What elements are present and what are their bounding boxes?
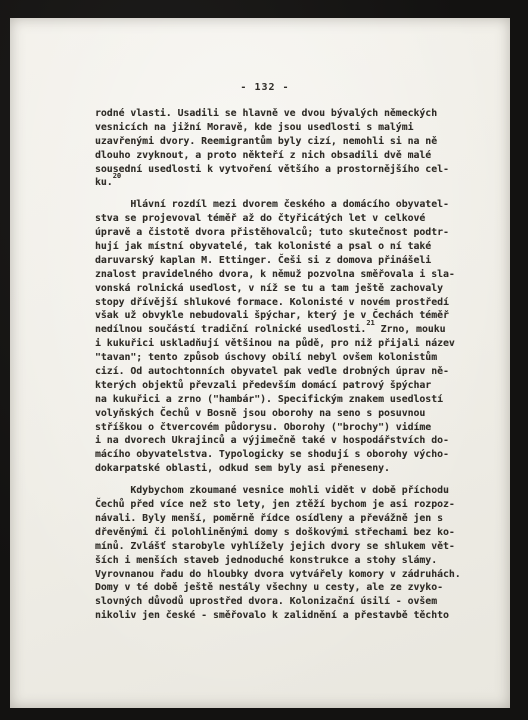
text-line: však už obvykle nebudovali špýchar, kter… xyxy=(95,309,475,323)
page-body-text: rodné vlasti. Usadili se hlavně ve dvou … xyxy=(95,107,475,623)
text-line: vonská rolnická usedlost, v níž se tu a … xyxy=(95,282,475,296)
text-line: znalost pravidelného dvora, k němuž pozv… xyxy=(95,268,475,282)
text-line: slovných důvodů uprostřed dvora. Koloniz… xyxy=(95,595,475,609)
text-line: Domy v té době ještě nestály všechny u c… xyxy=(95,581,475,595)
text-line: vesnicích na jižní Moravě, kde jsou used… xyxy=(95,121,475,135)
text-line: Čechů před více než sto lety, jen ztěží … xyxy=(95,498,475,512)
text-line: stva se projevoval téměř až do čtyřicátý… xyxy=(95,212,475,226)
text-line: úpravě a čistotě dvora přistěhovalců; tu… xyxy=(95,226,475,240)
text-line: daruvarský kaplan M. Ettinger. Češi si z… xyxy=(95,254,475,268)
text-line: ku.20 xyxy=(95,176,475,190)
footnote-reference: 21 xyxy=(366,319,374,327)
text-line: návali. Byly menší, poměrně řídce osídle… xyxy=(95,512,475,526)
text-line: "tavan"; tento způsob úschovy obilí neby… xyxy=(95,351,475,365)
text-line: dřevěnými či polohliněnými domy s doškov… xyxy=(95,526,475,540)
text-line: hují jak místní obyvatelé, tak kolonisté… xyxy=(95,240,475,254)
paragraph: Kdybychom zkoumané vesnice mohli vidět v… xyxy=(95,484,475,623)
text-line: dlouho zvyknout, a proto někteří z nich … xyxy=(95,149,475,163)
text-line: nikoliv jen české - směřovalo k zalidněn… xyxy=(95,609,475,623)
footnote-reference: 20 xyxy=(113,172,121,180)
text-line: stopy dřívější shlukové formace. Kolonis… xyxy=(95,296,475,310)
text-line: sousední usedlosti k vytvoření většího a… xyxy=(95,163,475,177)
paragraph: rodné vlasti. Usadili se hlavně ve dvou … xyxy=(95,107,475,190)
text-line: mínů. Zvlášť starobyle vyhlížely jejich … xyxy=(95,540,475,554)
text-line: nedílnou součástí tradiční rolnické used… xyxy=(95,323,475,337)
text-line: Kdybychom zkoumané vesnice mohli vidět v… xyxy=(95,484,475,498)
text-line: kterých objektů převzali především domác… xyxy=(95,379,475,393)
text-line: Hlávní rozdíl mezi dvorem českého a domá… xyxy=(95,198,475,212)
text-line: i kukuřici uskladňují většinou na půdě, … xyxy=(95,337,475,351)
text-line: mácího obyvatelstva. Typologicky se shod… xyxy=(95,448,475,462)
text-line: uzavřenými dvory. Reemigrantům byly cizí… xyxy=(95,135,475,149)
paragraph: Hlávní rozdíl mezi dvorem českého a domá… xyxy=(95,198,475,476)
text-line: volyňských Čechů v Bosně jsou oborohy na… xyxy=(95,407,475,421)
page-number: - 132 - xyxy=(10,82,520,93)
text-line: ších i menších staveb jednoduché konstru… xyxy=(95,554,475,568)
text-line: rodné vlasti. Usadili se hlavně ve dvou … xyxy=(95,107,475,121)
text-line: i na dvorech Ukrajinců a výjimečně také … xyxy=(95,434,475,448)
text-line: na kukuřici a zrno ("hambár"). Specifick… xyxy=(95,393,475,407)
document-page: - 132 - rodné vlasti. Usadili se hlavně … xyxy=(10,18,510,708)
text-line: Vyrovnanou řadu do hloubky dvora vytváře… xyxy=(95,568,475,582)
text-line: dokarpatské oblasti, odkud sem byly asi … xyxy=(95,462,475,476)
text-line: cizí. Od autochtonních obyvatel pak vedl… xyxy=(95,365,475,379)
text-line: stříškou o čtvercovém půdorysu. Oborohy … xyxy=(95,421,475,435)
